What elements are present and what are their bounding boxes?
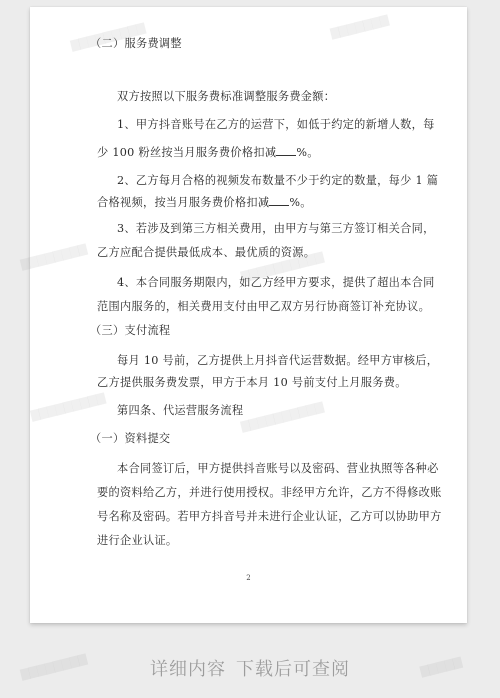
line-text: 2、乙方每月合格的视频发布数量不少于约定的数量，每少 1 篇 bbox=[117, 174, 438, 187]
line-text: 1、甲方抖音账号在乙方的运营下，如低于约定的新增人数，每 bbox=[117, 118, 435, 131]
line-text: 乙方提供服务费发票，甲方于本月 10 号前支付上月服务费。 bbox=[97, 376, 407, 389]
line-text: 本合同签订后，甲方提供抖音账号以及密码、营业执照等各种必 bbox=[117, 462, 439, 475]
document-line: 进行企业认证。 bbox=[97, 532, 177, 548]
caption-part-2: 下载后可查阅 bbox=[236, 659, 350, 680]
document-page: 2 （二）服务费调整双方按照以下服务费标准调整服务费金额：1、甲方抖音账号在乙方… bbox=[30, 7, 467, 623]
line-text: 每月 10 号前，乙方提供上月抖音代运营数据。经甲方审核后， bbox=[117, 354, 438, 367]
document-line: 少 100 粉丝按当月服务费价格扣减%。 bbox=[97, 144, 319, 160]
page-number: 2 bbox=[30, 574, 467, 582]
document-line: 范围内服务的，相关费用支付由甲乙双方另行协商签订补充协议。 bbox=[97, 298, 430, 314]
line-text: 要的资料给乙方，并进行使用授权。非经甲方允许，乙方不得修改账 bbox=[97, 486, 442, 499]
fill-in-blank bbox=[276, 145, 296, 156]
document-line: 要的资料给乙方，并进行使用授权。非经甲方允许，乙方不得修改账 bbox=[97, 484, 442, 500]
document-line: 合格视频，按当月服务费价格扣减%。 bbox=[97, 194, 312, 210]
document-line: （三）支付流程 bbox=[90, 322, 170, 338]
document-line: 每月 10 号前，乙方提供上月抖音代运营数据。经甲方审核后， bbox=[117, 352, 438, 368]
document-line: 乙方提供服务费发票，甲方于本月 10 号前支付上月服务费。 bbox=[97, 374, 407, 390]
document-line: 本合同签订后，甲方提供抖音账号以及密码、营业执照等各种必 bbox=[117, 460, 439, 476]
line-suffix: %。 bbox=[296, 146, 318, 159]
line-text: 4、本合同服务期限内，如乙方经甲方要求，提供了超出本合同 bbox=[117, 276, 435, 289]
line-text: 少 100 粉丝按当月服务费价格扣减 bbox=[97, 146, 276, 159]
line-text: 范围内服务的，相关费用支付由甲乙双方另行协商签订补充协议。 bbox=[97, 300, 430, 313]
line-text: 号名称及密码。若甲方抖音号并未进行企业认证，乙方可以协助甲方 bbox=[97, 510, 442, 523]
document-line: 2、乙方每月合格的视频发布数量不少于约定的数量，每少 1 篇 bbox=[117, 172, 438, 188]
line-text: 合格视频，按当月服务费价格扣减 bbox=[97, 196, 269, 209]
line-text: 双方按照以下服务费标准调整服务费金额： bbox=[117, 90, 335, 103]
line-text: 3、若涉及到第三方相关费用，由甲方与第三方签订相关合同， bbox=[117, 222, 435, 235]
document-line: 号名称及密码。若甲方抖音号并未进行企业认证，乙方可以协助甲方 bbox=[97, 508, 442, 524]
line-text: 进行企业认证。 bbox=[97, 534, 177, 547]
document-line: （一）资料提交 bbox=[90, 430, 170, 446]
line-suffix: %。 bbox=[289, 196, 311, 209]
line-text: （三）支付流程 bbox=[90, 324, 170, 337]
line-text: 第四条、代运营服务流程 bbox=[117, 404, 243, 417]
document-line: 3、若涉及到第三方相关费用，由甲方与第三方签订相关合同， bbox=[117, 220, 435, 236]
fill-in-blank bbox=[269, 195, 289, 206]
line-text: 乙方应配合提供最低成本、最优质的资源。 bbox=[97, 246, 315, 259]
document-line: 4、本合同服务期限内，如乙方经甲方要求，提供了超出本合同 bbox=[117, 274, 435, 290]
document-line: （二）服务费调整 bbox=[90, 35, 182, 51]
document-line: 乙方应配合提供最低成本、最优质的资源。 bbox=[97, 244, 315, 260]
download-prompt-caption: 详细内容下载后可查阅 bbox=[0, 655, 500, 681]
document-line: 双方按照以下服务费标准调整服务费金额： bbox=[117, 88, 335, 104]
line-text: （一）资料提交 bbox=[90, 432, 170, 445]
document-line: 1、甲方抖音账号在乙方的运营下，如低于约定的新增人数，每 bbox=[117, 116, 435, 132]
document-line: 第四条、代运营服务流程 bbox=[117, 402, 243, 418]
line-text: （二）服务费调整 bbox=[90, 37, 182, 50]
caption-part-1: 详细内容 bbox=[150, 659, 226, 680]
